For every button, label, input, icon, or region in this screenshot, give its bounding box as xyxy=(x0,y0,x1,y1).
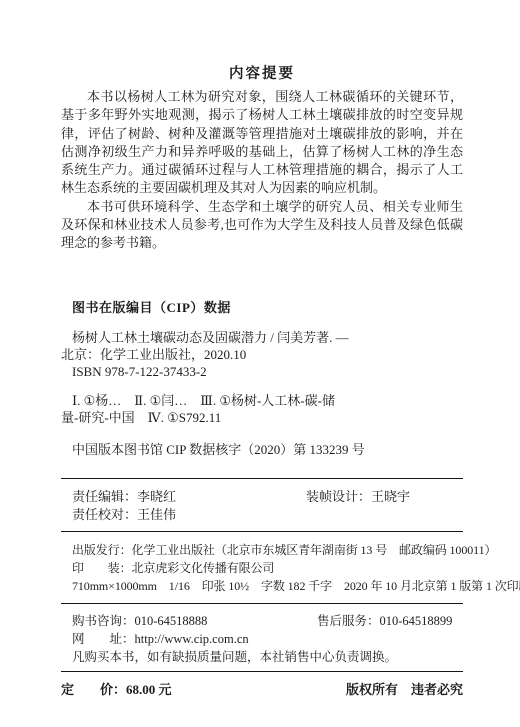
cip-record-number: 中国版本图书馆 CIP 数据核字（2020）第 133239 号 xyxy=(61,441,463,458)
publisher-value: 化学工业出版社（北京市东城区青年湖南街 13 号 邮政编码 100011） xyxy=(132,543,497,557)
summary-title: 内容提要 xyxy=(61,62,463,83)
aftersale-phone: 010-64518899 xyxy=(380,614,453,628)
summary-paragraph-1: 本书以杨树人工林为研究对象，围绕人工林碳循环的关键环节，基于多年野外实地观测，揭… xyxy=(61,88,463,198)
copyright-notice: 版权所有 违者必究 xyxy=(346,681,463,699)
cip-classification-line-2: 量-研究-中国 Ⅳ. ①S792.11 xyxy=(61,409,463,426)
proof-label: 责任校对： xyxy=(72,507,137,522)
price-value: 68.00 元 xyxy=(126,682,172,697)
credits-row-1: 责任编辑：李晓红 装帧设计：王晓宇 xyxy=(61,488,463,506)
design-label: 装帧设计： xyxy=(306,489,371,504)
editor-name: 李晓红 xyxy=(137,489,176,504)
cip-publisher-line: 北京：化学工业出版社，2020.10 xyxy=(61,346,463,363)
format-spec-line: 710mm×1000mm 1/16 印张 10½ 字数 182 千字 2020 … xyxy=(61,577,463,595)
printer-row: 印 装：北京虎彩文化传播有限公司 xyxy=(61,559,463,577)
purchase-phone-row: 购书咨询：010-64518888 xyxy=(72,612,317,630)
purchase-label: 购书咨询： xyxy=(72,614,135,628)
price-row: 定 价：68.00 元 xyxy=(61,681,172,699)
website-label: 网 址： xyxy=(72,632,135,646)
cip-isbn-line: ISBN 978-7-122-37433-2 xyxy=(61,363,463,380)
proofreader-credit: 责任校对：王佳伟 xyxy=(61,506,306,524)
summary-paragraph-2: 本书可供环境科学、生态学和土壤学的研究人员、相关专业师生及环保和林业技术人员参考… xyxy=(61,198,463,253)
website-url: http://www.cip.com.cn xyxy=(135,632,249,646)
service-section: 购书咨询：010-64518888 售后服务：010-64518899 网 址：… xyxy=(61,604,463,671)
purchase-phone: 010-64518888 xyxy=(135,614,208,628)
cip-block: 杨树人工林土壤碳动态及固碳潜力 / 闫美芳著. — 北京：化学工业出版社，202… xyxy=(61,329,463,380)
printing-value: 北京虎彩文化传播有限公司 xyxy=(132,561,275,575)
phone-row: 购书咨询：010-64518888 售后服务：010-64518899 xyxy=(61,612,463,630)
cip-classification-line-1: Ⅰ. ①杨… Ⅱ. ①闫… Ⅲ. ①杨树-人工林-碳-储 xyxy=(61,392,463,409)
printing-label: 印 装： xyxy=(72,561,132,575)
cip-heading: 图书在版编目（CIP）数据 xyxy=(61,297,463,316)
website-row: 网 址：http://www.cip.com.cn xyxy=(61,630,463,648)
publishing-section: 出版发行：化学工业出版社（北京市东城区青年湖南街 13 号 邮政编码 10001… xyxy=(61,532,463,603)
editor-credit: 责任编辑：李晓红 xyxy=(61,488,306,506)
cip-title-line: 杨树人工林土壤碳动态及固碳潜力 / 闫美芳著. — xyxy=(61,329,463,346)
price-label: 定 价： xyxy=(61,682,126,697)
editor-label: 责任编辑： xyxy=(72,489,137,504)
exchange-notice: 凡购买本书，如有缺损质量问题，本社销售中心负责调换。 xyxy=(61,648,463,666)
footer-section: 定 价：68.00 元 版权所有 违者必究 xyxy=(61,672,463,699)
credits-section: 责任编辑：李晓红 装帧设计：王晓宇 责任校对：王佳伟 xyxy=(61,479,463,531)
publisher-row: 出版发行：化学工业出版社（北京市东城区青年湖南街 13 号 邮政编码 10001… xyxy=(61,541,463,559)
aftersale-label: 售后服务： xyxy=(317,614,380,628)
credits-row-2: 责任校对：王佳伟 xyxy=(61,506,463,524)
designer-name: 王晓宇 xyxy=(371,489,410,504)
proofreader-name: 王佳伟 xyxy=(137,507,176,522)
aftersale-phone-row: 售后服务：010-64518899 xyxy=(317,612,463,630)
page-content: 内容提要 本书以杨树人工林为研究对象，围绕人工林碳循环的关键环节，基于多年野外实… xyxy=(61,62,463,699)
design-credit: 装帧设计：王晓宇 xyxy=(306,488,463,506)
book-copyright-page: 内容提要 本书以杨树人工林为研究对象，围绕人工林碳循环的关键环节，基于多年野外实… xyxy=(0,0,520,727)
publisher-label: 出版发行： xyxy=(72,543,132,557)
cip-classification: Ⅰ. ①杨… Ⅱ. ①闫… Ⅲ. ①杨树-人工林-碳-储 量-研究-中国 Ⅳ. … xyxy=(61,392,463,426)
